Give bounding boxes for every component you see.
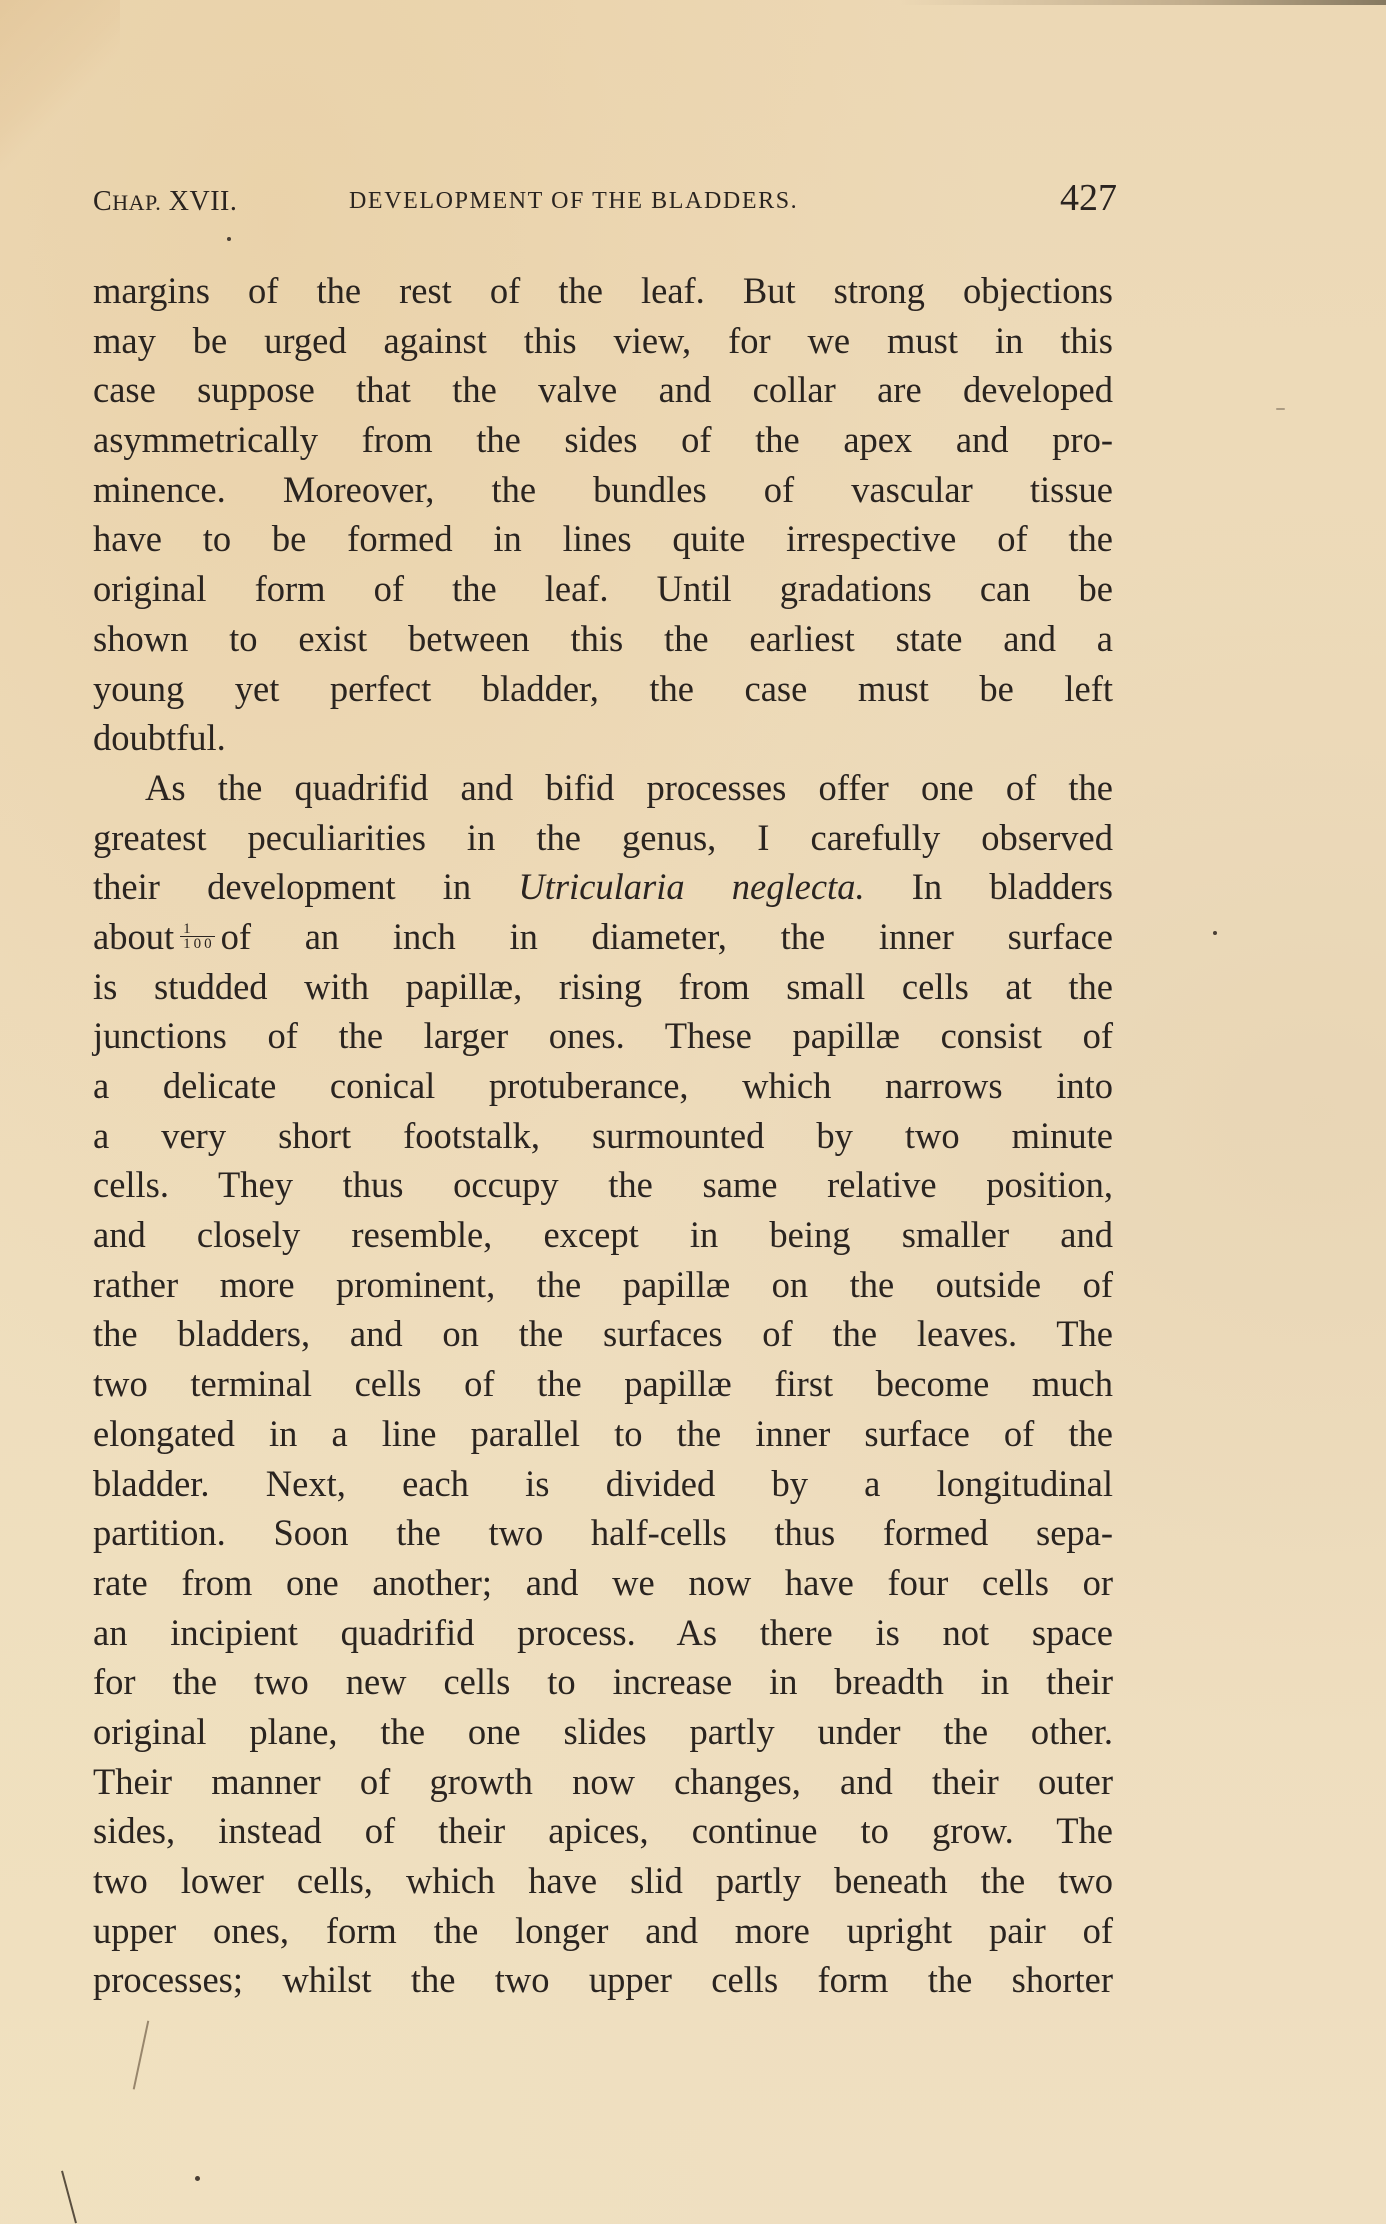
text-line: asymmetrically from the sides of the ape…: [93, 415, 1113, 465]
text-line: margins of the rest of the leaf. But str…: [93, 266, 1113, 316]
text-line: a very short footstalk, surmounted by tw…: [93, 1111, 1113, 1161]
text-line: case suppose that the valve and collar a…: [93, 365, 1113, 415]
paper-speck: [1213, 931, 1217, 935]
paper-scratch: [133, 2021, 149, 2090]
fraction: 1100: [180, 922, 215, 951]
text-line: may be urged against this view, for we m…: [93, 316, 1113, 366]
text-line: elongated in a line parallel to the inne…: [93, 1409, 1113, 1459]
paper-speck: [195, 2176, 200, 2181]
text-line: bladder. Next, each is divided by a long…: [93, 1459, 1113, 1509]
text-line: upper ones, form the longer and more upr…: [93, 1906, 1113, 1956]
species-name-italic: Utricularia neglecta.: [518, 866, 864, 907]
page-number: 427: [1060, 176, 1117, 220]
text-line-with-italic: their development in Utricularia neglect…: [93, 862, 1113, 912]
text-line: cells. They thus occupy the same relativ…: [93, 1160, 1113, 1210]
paper-scratch: [61, 2171, 77, 2224]
text-line: minence. Moreover, the bundles of vascul…: [93, 465, 1113, 515]
text-line: processes; whilst the two upper cells fo…: [93, 1955, 1113, 2005]
text-line: junctions of the larger ones. These papi…: [93, 1011, 1113, 1061]
text-line: shown to exist between this the earliest…: [93, 614, 1113, 664]
paper-speck: [1276, 408, 1285, 410]
text-line: for the two new cells to increase in bre…: [93, 1657, 1113, 1707]
text-line: two lower cells, which have slid partly …: [93, 1856, 1113, 1906]
text-line: young yet perfect bladder, the case must…: [93, 664, 1113, 714]
paper-speck: [227, 237, 231, 241]
text-line: and closely resemble, except in being sm…: [93, 1210, 1113, 1260]
page-corner-crease: [0, 0, 120, 170]
text-line: original plane, the one slides partly un…: [93, 1707, 1113, 1757]
text-line: two terminal cells of the papillæ first …: [93, 1359, 1113, 1409]
text-line: a delicate conical protuberance, which n…: [93, 1061, 1113, 1111]
text-line: partition. Soon the two half-cells thus …: [93, 1508, 1113, 1558]
chapter-label: CHAP. XVII.: [93, 186, 237, 218]
page-top-edge-shadow: [900, 0, 1386, 5]
text-line: original form of the leaf. Until gradati…: [93, 564, 1113, 614]
text-line: rate from one another; and we now have f…: [93, 1558, 1113, 1608]
text-line: greatest peculiarities in the genus, I c…: [93, 813, 1113, 863]
running-title: DEVELOPMENT OF THE BLADDERS.: [349, 188, 798, 215]
paragraph-end-line: doubtful.: [93, 713, 1113, 763]
text-line: is studded with papillæ, rising from sma…: [93, 962, 1113, 1012]
body-text: margins of the rest of the leaf. But str…: [93, 266, 1113, 2005]
text-line: an incipient quadrifid process. As there…: [93, 1608, 1113, 1658]
text-line: sides, instead of their apices, continue…: [93, 1806, 1113, 1856]
text-line: have to be formed in lines quite irrespe…: [93, 514, 1113, 564]
paragraph-start-line: As the quadrifid and bifid processes off…: [93, 763, 1113, 813]
text-line: rather more prominent, the papillæ on th…: [93, 1260, 1113, 1310]
running-header: CHAP. XVII. DEVELOPMENT OF THE BLADDERS.…: [93, 172, 1117, 222]
text-line-with-fraction: about1100of an inch in diameter, the inn…: [93, 912, 1113, 962]
text-line: the bladders, and on the surfaces of the…: [93, 1309, 1113, 1359]
text-line: Their manner of growth now changes, and …: [93, 1757, 1113, 1807]
book-page: CHAP. XVII. DEVELOPMENT OF THE BLADDERS.…: [0, 0, 1386, 2224]
